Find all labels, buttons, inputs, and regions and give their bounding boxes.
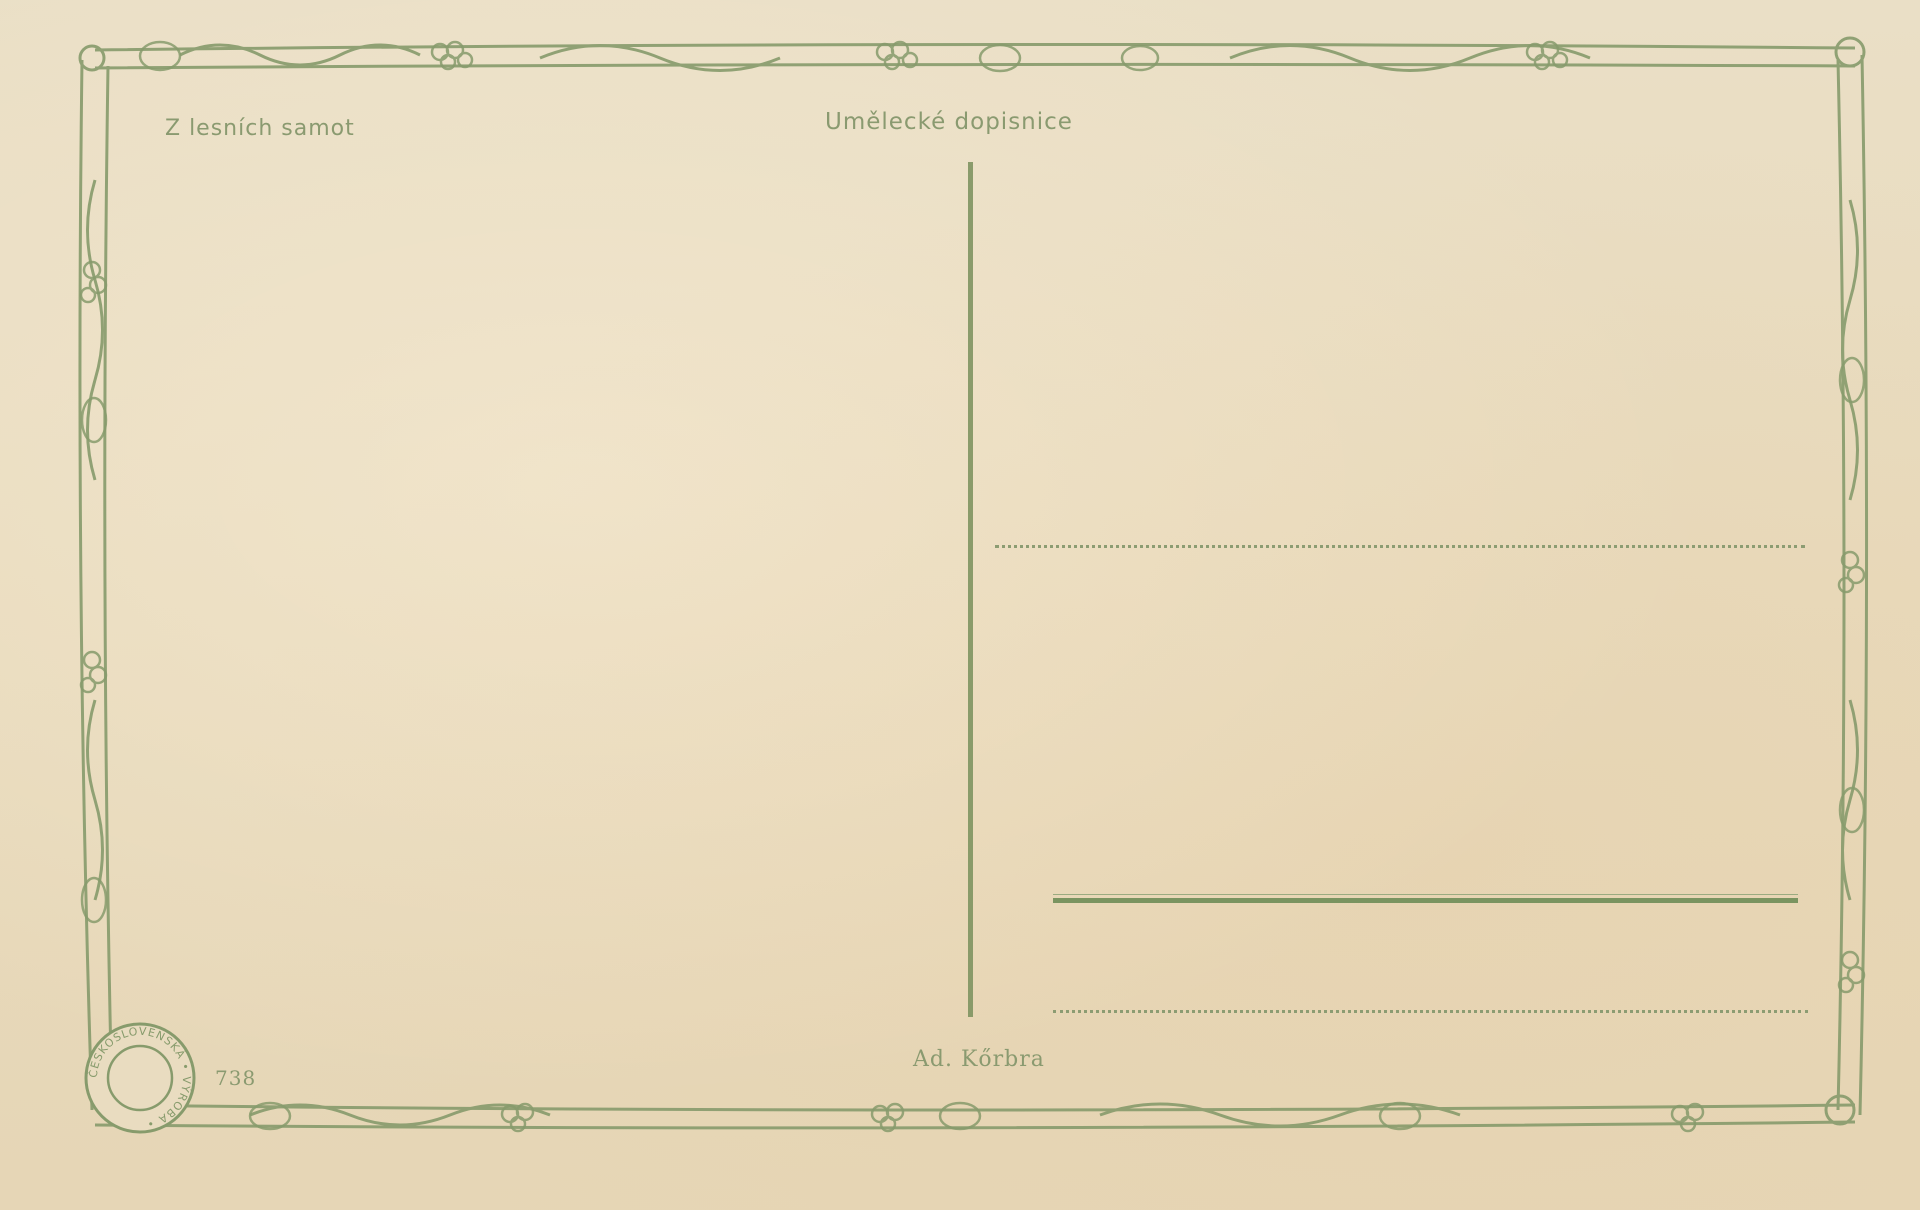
- series-title: Z lesních samot: [165, 116, 355, 141]
- artist-name: Ad. Kőrbra: [913, 1047, 1045, 1072]
- address-line-solid-top-edge: [1053, 894, 1798, 895]
- publisher-title: Umělecké dopisnice: [825, 109, 1073, 135]
- card-number: 738: [215, 1066, 256, 1090]
- circular-publisher-stamp-icon: ČESKOSLOVENSKÁ • VÝROBA •: [80, 1018, 200, 1138]
- address-line-dotted-2: [1053, 1010, 1808, 1013]
- address-line-solid: [1053, 898, 1798, 903]
- address-line-dotted-1: [995, 545, 1805, 548]
- message-address-divider: [968, 162, 973, 1017]
- floral-vine-border-icon: [0, 0, 1920, 1210]
- postcard-back: Z lesních samot Umělecké dopisnice ČESKO…: [0, 0, 1920, 1210]
